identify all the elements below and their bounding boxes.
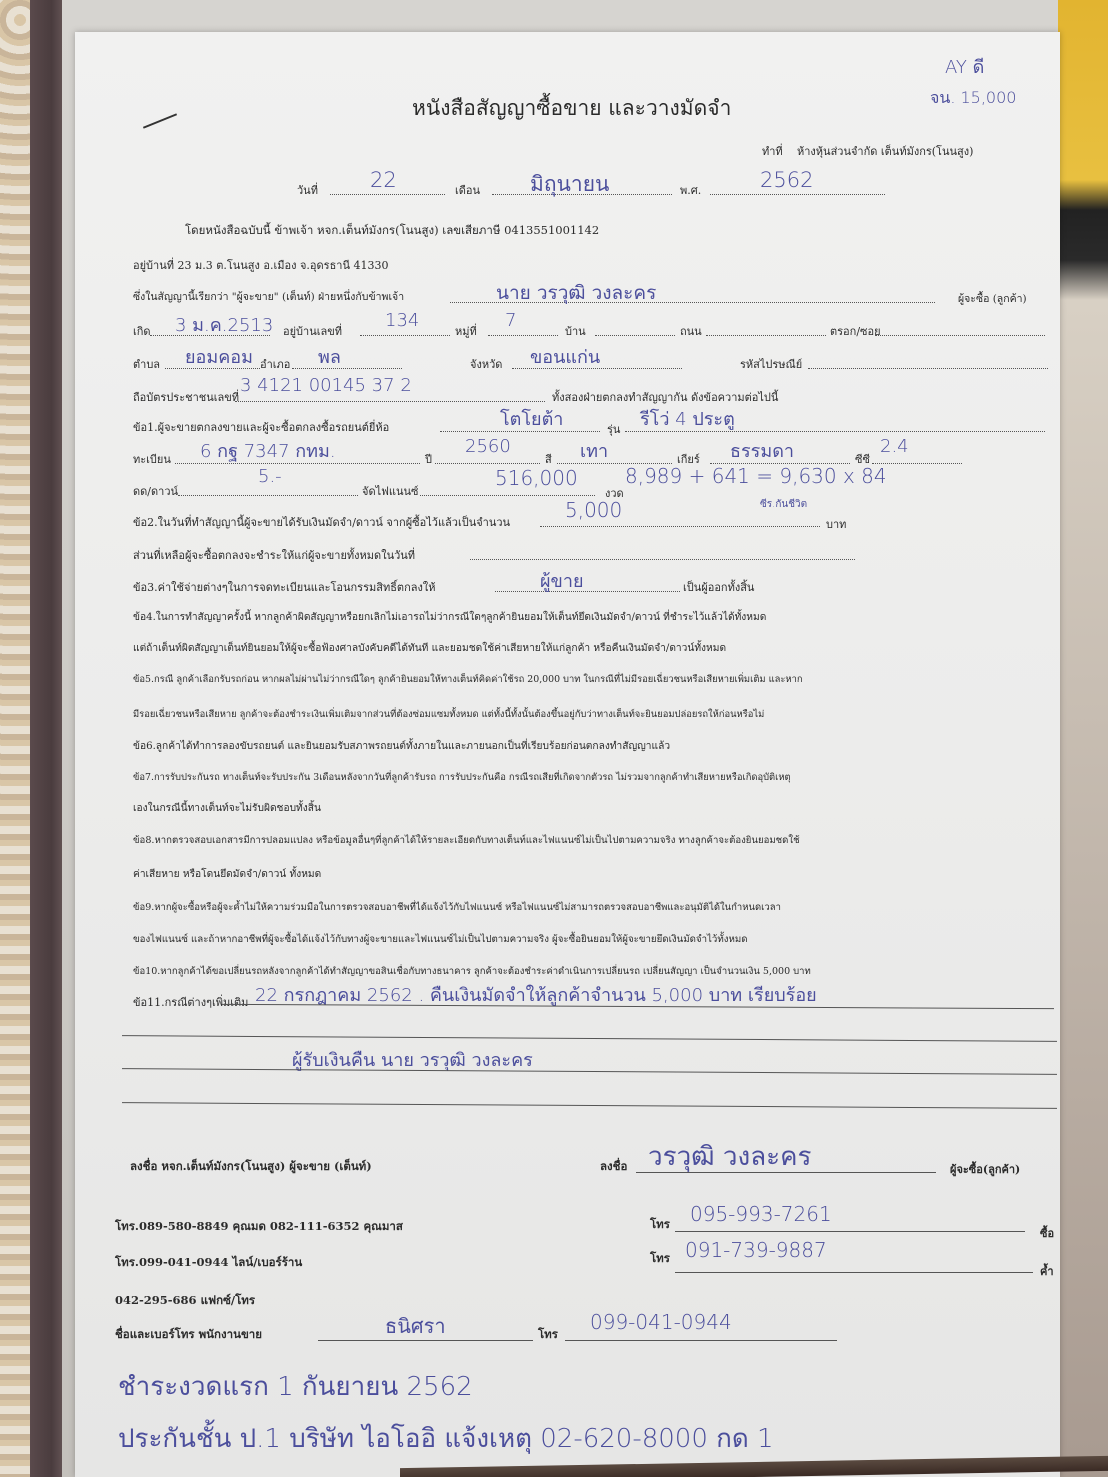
clause1-label: ข้อ1.ผู้จะขายตกลงขายและผู้จะซื้อตกลงซื้อ…: [133, 418, 389, 436]
deposit-amount: 5,000: [565, 498, 622, 522]
born-value: 3 ม.ค.2513: [175, 310, 273, 339]
tray-rim: [30, 0, 66, 1477]
moo-label: หมู่ที่: [455, 322, 477, 340]
staff-label: ชื่อและเบอร์โทร พนักงานขาย: [115, 1326, 262, 1344]
buyer-tel: 095-993-7261: [690, 1202, 832, 1226]
corner-note-2: จน. 15,000: [930, 86, 1016, 111]
guarantor-tel-suffix: ค้ำ: [1040, 1262, 1054, 1280]
model-label: รุ่น: [607, 420, 620, 438]
year-label: พ.ศ.: [680, 181, 701, 199]
seller-address: อยู่บ้านที่ 23 ม.3 ต.โนนสูง อ.เมือง จ.อุ…: [133, 256, 388, 274]
province-value: ขอนแก่น: [530, 342, 600, 371]
staff-tel-label: โทร: [538, 1326, 558, 1344]
district-label: อำเภอ: [260, 355, 290, 373]
clause7-line2: เองในกรณีนี้ทางเต็นท์จะไม่รับผิดชอบทั้งส…: [133, 800, 321, 816]
clause5-line2: มีรอยเฉี่ยวชนหรือเสียหาย ลูกค้าจะต้องชำร…: [133, 707, 764, 722]
clause7-line1: ข้อ7.การรับประกันรถ ทางเต็นท์จะรับประกัน…: [133, 770, 791, 785]
day-label: วันที่: [297, 181, 318, 199]
car-color: เทา: [580, 436, 608, 465]
seller-signature-label: ลงชื่อ หจก.เต็นท์มังกร(โนนสูง) ผู้จะขาย …: [130, 1158, 372, 1176]
background-right: [1058, 0, 1108, 1477]
car-reg: 6 กฐ 7347 กทม.: [200, 436, 336, 465]
shop-phone-1: โทร.089-580-8849 คุณมด 082-111-6352 คุณม…: [115, 1218, 403, 1236]
party-label: ซึ่งในสัญญานี้เรียกว่า "ผู้จะขาย" (เต็นท…: [133, 288, 404, 305]
staff-name: ธนิศรา: [385, 1310, 446, 1342]
clause3-value: ผู้ขาย: [540, 566, 584, 595]
car-gear: ธรรมดา: [730, 436, 794, 465]
alley-label: ตรอก/ซอย: [830, 322, 881, 340]
clause6: ข้อ6.ลูกค้าได้ทำการลองขับรถยนต์ และยินยอ…: [133, 738, 670, 754]
clause2-text: ข้อ2.ในวันที่ทำสัญญานี้ผู้จะขายได้รับเงิ…: [133, 513, 510, 531]
guarantor-tel: 091-739-9887: [685, 1238, 827, 1262]
subdistrict-value: ยอมคอม: [185, 342, 253, 371]
clause9-line1: ข้อ9.หากผู้จะซื้อหรือผู้จะค้ำไม่ให้ความร…: [133, 900, 781, 915]
car-model: รีโว่ 4 ประตู: [640, 404, 735, 433]
car-brand: โตโยต้า: [500, 404, 563, 433]
clause8-line1: ข้อ8.หากตรวจสอบเอกสารมีการปลอมแปลง หรือข…: [133, 833, 800, 848]
buyer-tel-suffix: ซื้อ: [1040, 1224, 1054, 1242]
buyer-signature: วรวุฒิ วงละคร: [648, 1136, 811, 1177]
subdistrict-label: ตำบล: [133, 355, 160, 373]
guarantor-tel-label: โทร: [650, 1250, 670, 1268]
down-label: ดด/ดาวน์: [133, 482, 178, 500]
insurance-note-handwritten: ประกันชั้น ป.1 บริษัท ไอโออิ แจ้งเหตุ 02…: [118, 1418, 774, 1459]
down-value: 5.-: [258, 466, 282, 487]
clause3-text: ข้อ3.ค่าใช้จ่ายต่างๆในการจดทะเบียนและโอน…: [133, 578, 435, 596]
made-at-value: ห้างหุ้นส่วนจำกัด เต็นท์มังกร(โนนสูง): [797, 142, 973, 160]
shop-fax: 042-295-686 แฟกซ์/โทร: [115, 1292, 255, 1310]
insurance-note: ซีร.กันชีวิต: [760, 497, 807, 512]
intro: โดยหนังสือฉบับนี้ ข้าพเจ้า หจก.เต็นท์มัง…: [185, 222, 599, 240]
first-payment-note: ชำระงวดแรก 1 กันยายน 2562: [118, 1366, 473, 1407]
clause10: ข้อ10.หากลูกค้าได้ขอเปลี่ยนรถหลังจากลูกค…: [133, 964, 811, 979]
house-label: อยู่บ้านเลขที่: [283, 322, 342, 340]
clause4-line1: ข้อ4.ในการทำสัญญาครั้งนี้ หากลูกค้าผิดสั…: [133, 609, 766, 625]
buyer-role: ผู้จะซื้อ (ลูกค้า): [958, 290, 1027, 307]
village-label: บ้าน: [565, 322, 586, 340]
made-at-label: ทำที่: [762, 142, 783, 160]
clause8-line2: ค่าเสียหาย หรือโดนยึดมัดจำ/ดาวน์ ทั้งหมด: [133, 866, 321, 882]
id-label: ถือบัตรประชาชนเลขที่: [133, 388, 239, 406]
finance-value: 516,000: [495, 466, 578, 490]
reg-label: ทะเบียน: [133, 450, 171, 468]
buyer-signature-suffix: ผู้จะซื้อ(ลูกค้า): [950, 1160, 1020, 1178]
deposit-unit: บาท: [826, 515, 846, 533]
clause9-line2: ของไฟแนนซ์ และถ้าหากอาชีพที่ผู้จะซื้อได้…: [133, 932, 748, 947]
buyer-signature-prefix: ลงชื่อ: [600, 1158, 627, 1176]
buyer-tel-label: โทร: [650, 1216, 670, 1234]
buyer-name: นาย วรวุฒิ วงละคร: [496, 278, 656, 308]
shop-phone-2: โทร.099-041-0944 ไลน์/เบอร์ร้าน: [115, 1254, 302, 1272]
clause11-label: ข้อ11.กรณีต่างๆเพิ่มเติม: [133, 993, 248, 1011]
installment-value: 8,989 + 641 = 9,630 x 84: [625, 464, 887, 488]
house-value: 134: [385, 310, 419, 331]
finance-label: จัดไฟแนนซ์: [362, 482, 419, 500]
moo-value: 7: [505, 310, 516, 331]
document-title: หนังสือสัญญาซื้อขาย และวางมัดจำ: [412, 92, 731, 125]
clause3-suffix: เป็นผู้ออกทั้งสิ้น: [683, 578, 754, 596]
clause4-line2: แต่ถ้าเต็นท์ผิดสัญญาเต็นท์ยินยอมให้ผู้จะ…: [133, 640, 726, 656]
year-label-car: ปี: [425, 450, 432, 468]
province-label: จังหวัด: [470, 355, 502, 373]
corner-note-1: AY ดี: [945, 52, 984, 81]
month-value: มิถุนายน: [530, 168, 609, 201]
day-value: 22: [370, 168, 397, 192]
clause5-line1: ข้อ5.กรณี ลูกค้าเลือกรับรถก่อน หากผลไม่ผ…: [133, 672, 803, 687]
staff-tel: 099-041-0944: [590, 1310, 732, 1334]
car-year: 2560: [465, 436, 511, 457]
district-value: พล: [318, 342, 341, 371]
clause2-remainder: ส่วนที่เหลือผู้จะซื้อตกลงจะชำระให้แก่ผู้…: [133, 546, 415, 564]
year-value: 2562: [760, 168, 813, 192]
car-cc: 2.4: [880, 436, 909, 457]
id-value: 3 4121 00145 37 2: [240, 375, 412, 396]
road-label: ถนน: [680, 322, 702, 340]
month-label: เดือน: [455, 181, 480, 199]
postal-label: รหัสไปรษณีย์: [740, 355, 802, 373]
born-label: เกิด: [133, 322, 151, 340]
